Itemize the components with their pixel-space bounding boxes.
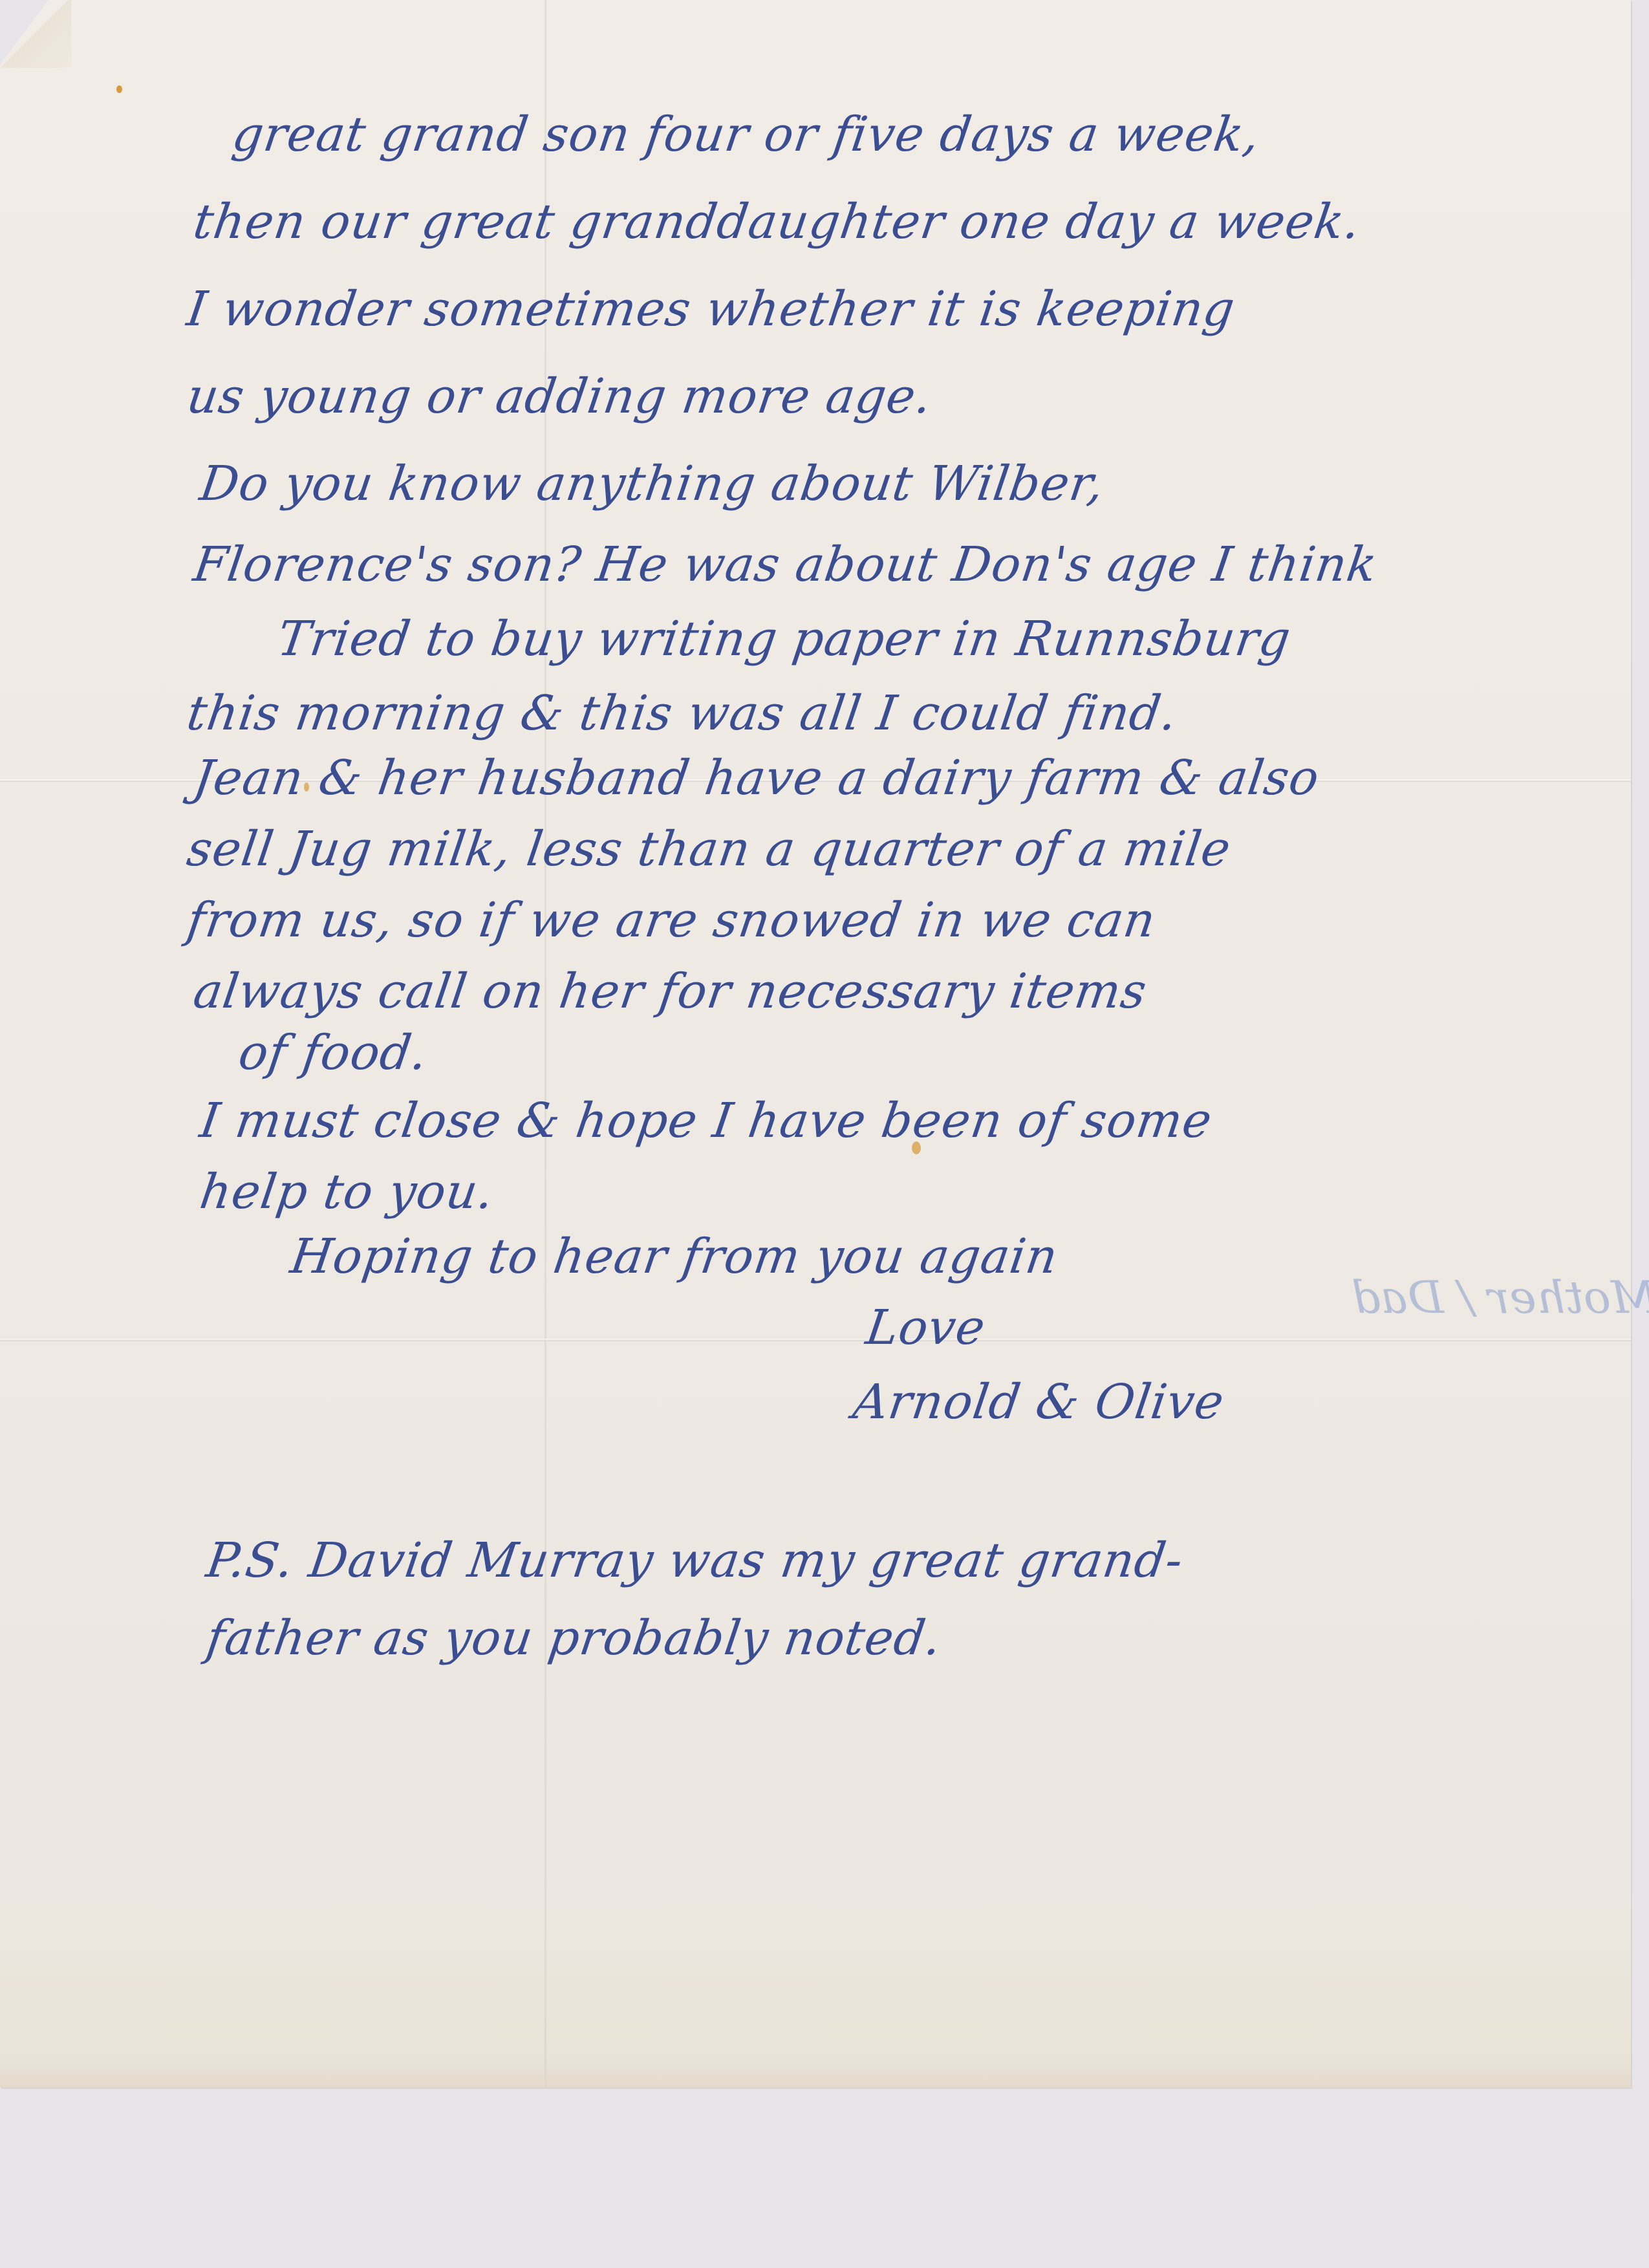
letter-line: I wonder sometimes whether it is keeping	[184, 281, 1238, 337]
letter-body: great grand son four or five days a week…	[0, 0, 1631, 2088]
letter-line: us young or adding more age.	[184, 369, 936, 424]
letter-line: help to you.	[197, 1164, 497, 1220]
letter-line: this morning & this was all I could find…	[184, 686, 1181, 741]
letter-line: sell Jug milk, less than a quarter of a …	[184, 821, 1234, 877]
letter-line: great grand son four or five days a week…	[229, 107, 1264, 162]
letter-line: Tried to buy writing paper in Runnsburg	[274, 611, 1295, 667]
letter-valediction: Love	[863, 1300, 989, 1355]
letter-line: Jean & her husband have a dairy farm & a…	[190, 750, 1323, 806]
letter-signature: Arnold & Olive	[850, 1374, 1228, 1430]
letter-line: from us, so if we are snowed in we can	[184, 892, 1159, 948]
letter-closing: Hoping to hear from you again	[287, 1229, 1062, 1284]
letter-line: I must close & hope I have been of some	[197, 1093, 1216, 1149]
letter-line: then our great granddaughter one day a w…	[190, 194, 1364, 250]
postscript-line: P.S. David Murray was my great grand-	[203, 1533, 1187, 1588]
letter-line: Do you know anything about Wilber,	[197, 456, 1108, 512]
postscript-line: father as you probably noted.	[203, 1610, 945, 1666]
letter-line: Florence's son? He was about Don's age I…	[190, 537, 1381, 592]
letter-line: of food.	[235, 1025, 431, 1081]
letter-line: always call on her for necessary items	[190, 964, 1150, 1019]
